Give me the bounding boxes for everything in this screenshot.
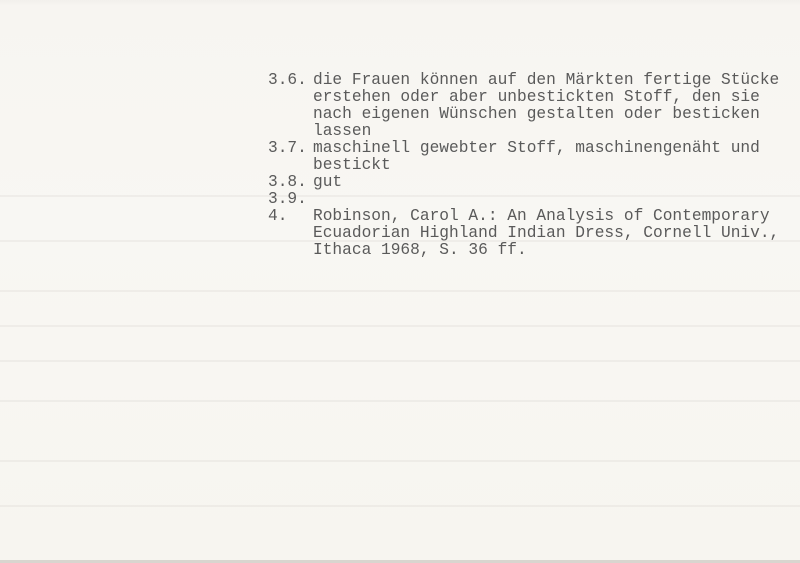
entry-item: 3.8.gut (268, 174, 779, 191)
entry-text: gut (313, 174, 342, 191)
typewritten-entries: 3.6.die Frauen können auf den Märkten fe… (268, 72, 779, 259)
bleed-through-line (0, 325, 800, 327)
bleed-through-line (0, 360, 800, 362)
text-line: Ithaca 1968, S. 36 ff. (313, 242, 779, 259)
bleed-through-line (0, 460, 800, 462)
text-line: nach eigenen Wünschen gestalten oder bes… (313, 106, 779, 123)
text-line: maschinell gewebter Stoff, maschinengenä… (313, 140, 760, 157)
entry-item: 3.9. (268, 191, 779, 208)
bleed-through-line (0, 400, 800, 402)
entry-item: 4.Robinson, Carol A.: An Analysis of Con… (268, 208, 779, 259)
text-line: lassen (313, 123, 779, 140)
bleed-through-line (0, 290, 800, 292)
bleed-through-line (0, 505, 800, 507)
text-line: Robinson, Carol A.: An Analysis of Conte… (313, 208, 779, 225)
entry-number: 4. (268, 208, 313, 225)
entry-item: 3.6.die Frauen können auf den Märkten fe… (268, 72, 779, 140)
text-line: bestickt (313, 157, 760, 174)
entry-text: Robinson, Carol A.: An Analysis of Conte… (313, 208, 779, 259)
entry-number: 3.6. (268, 72, 313, 89)
entry-text: maschinell gewebter Stoff, maschinengenä… (313, 140, 760, 174)
entry-number: 3.7. (268, 140, 313, 157)
text-line: die Frauen können auf den Märkten fertig… (313, 72, 779, 89)
text-line: Ecuadorian Highland Indian Dress, Cornel… (313, 225, 779, 242)
entry-number: 3.9. (268, 191, 313, 208)
text-line: gut (313, 174, 342, 191)
entry-item: 3.7.maschinell gewebter Stoff, maschinen… (268, 140, 779, 174)
entry-text: die Frauen können auf den Märkten fertig… (313, 72, 779, 140)
entry-number: 3.8. (268, 174, 313, 191)
text-line: erstehen oder aber unbestickten Stoff, d… (313, 89, 779, 106)
